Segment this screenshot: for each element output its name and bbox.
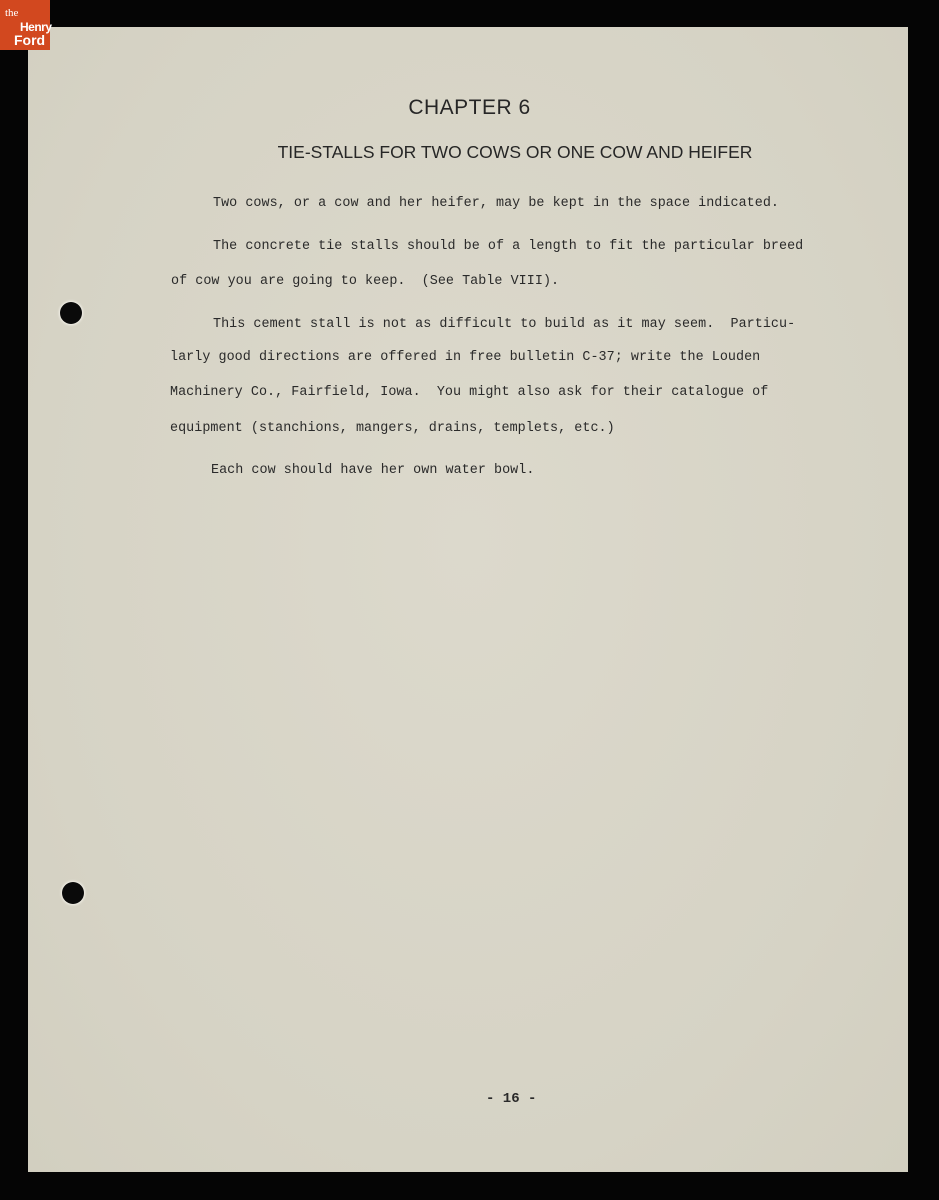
punch-hole-icon bbox=[60, 302, 82, 324]
body-line: Two cows, or a cow and her heifer, may b… bbox=[213, 196, 779, 211]
page-number: - 16 - bbox=[486, 1091, 536, 1107]
body-line: The concrete tie stalls should be of a l… bbox=[213, 239, 803, 254]
henry-ford-logo: the Henry Ford bbox=[0, 0, 50, 50]
body-line: equipment (stanchions, mangers, drains, … bbox=[170, 421, 615, 436]
body-line: Machinery Co., Fairfield, Iowa. You migh… bbox=[170, 385, 768, 400]
logo-text-the: the bbox=[5, 8, 18, 19]
body-line: This cement stall is not as difficult to… bbox=[213, 317, 795, 332]
body-line: larly good directions are offered in fre… bbox=[170, 350, 760, 365]
punch-hole-icon bbox=[62, 882, 84, 904]
logo-text-ford: Ford bbox=[14, 33, 45, 47]
body-line: of cow you are going to keep. (See Table… bbox=[171, 274, 559, 289]
chapter-heading: CHAPTER 6 bbox=[0, 96, 939, 120]
chapter-title: TIE-STALLS FOR TWO COWS OR ONE COW AND H… bbox=[0, 142, 939, 163]
body-line: Each cow should have her own water bowl. bbox=[211, 463, 534, 478]
